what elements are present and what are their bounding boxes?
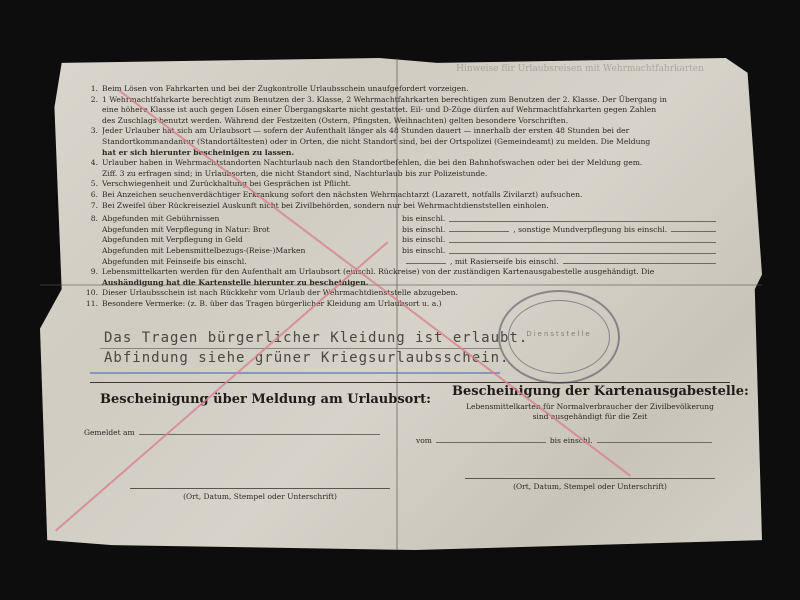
date-range-field: vom bis einschl. — [416, 436, 716, 445]
typed-remark-2: Abfindung siehe grüner Kriegsurlaubssche… — [104, 350, 509, 366]
official-stamp: Dienststelle — [498, 290, 620, 384]
rule-5: 5.Verschwiegenheit und Zurückhaltung bei… — [80, 179, 720, 190]
rule-4: 4.Urlauber haben in Wehrmachtstandorten … — [80, 158, 720, 169]
rule-8-item: Abgefunden mit Feinseife bis einschl., m… — [80, 257, 720, 268]
typed-underline — [90, 372, 500, 374]
rule-8: 8. Abgefunden mit Gebührnissenbis einsch… — [80, 214, 720, 225]
right-section-heading: Bescheinigung der Kartenausgabestelle: — [452, 384, 749, 399]
rule-9: 9.Lebensmittelkarten werden für den Aufe… — [80, 267, 720, 278]
left-signature-caption: (Ort, Datum, Stempel oder Unterschrift) — [130, 492, 390, 501]
rule-10: 10.Dieser Urlaubsschein ist nach Rückkeh… — [80, 288, 720, 299]
left-section-heading: Bescheinigung über Meldung am Urlaubsort… — [100, 392, 431, 407]
rule-8-item: Abgefunden mit Verpflegung in Geldbis ei… — [80, 235, 720, 246]
gemeldet-am-field: Gemeldet am — [84, 428, 384, 437]
right-subtext-1: Lebensmittelkarten für Normalverbraucher… — [420, 402, 760, 411]
right-subtext-2: sind ausgehändigt für die Zeit — [420, 412, 760, 421]
rule-7: 7.Bei Zweifel über Rückreiseziel Auskunf… — [80, 201, 720, 212]
rules-list: 1.Beim Lösen von Fahrkarten und bei der … — [80, 84, 720, 309]
right-signature-line — [465, 478, 715, 479]
left-signature-line — [130, 488, 390, 489]
typed-remark-1: Das Tragen bürgerlicher Kleidung ist erl… — [104, 330, 528, 346]
rule-8-item: Abgefunden mit Lebensmittelbezugs-(Reise… — [80, 246, 720, 257]
rule-6: 6.Bei Anzeichen seuchenverdächtiger Erkr… — [80, 190, 720, 201]
section-separator — [90, 382, 730, 383]
remark-line — [100, 348, 500, 349]
rule-1: 1.Beim Lösen von Fahrkarten und bei der … — [80, 84, 720, 95]
right-signature-caption: (Ort, Datum, Stempel oder Unterschrift) — [465, 482, 715, 491]
rule-8-item: Abgefunden mit Verpflegung in Natur: Bro… — [80, 225, 720, 236]
rule-2: 2.1 Wehrmachtfahrkarte berechtigt zum Be… — [80, 95, 720, 106]
faded-header: Hinweise für Urlaubsreisen mit Wehrmacht… — [450, 64, 710, 74]
